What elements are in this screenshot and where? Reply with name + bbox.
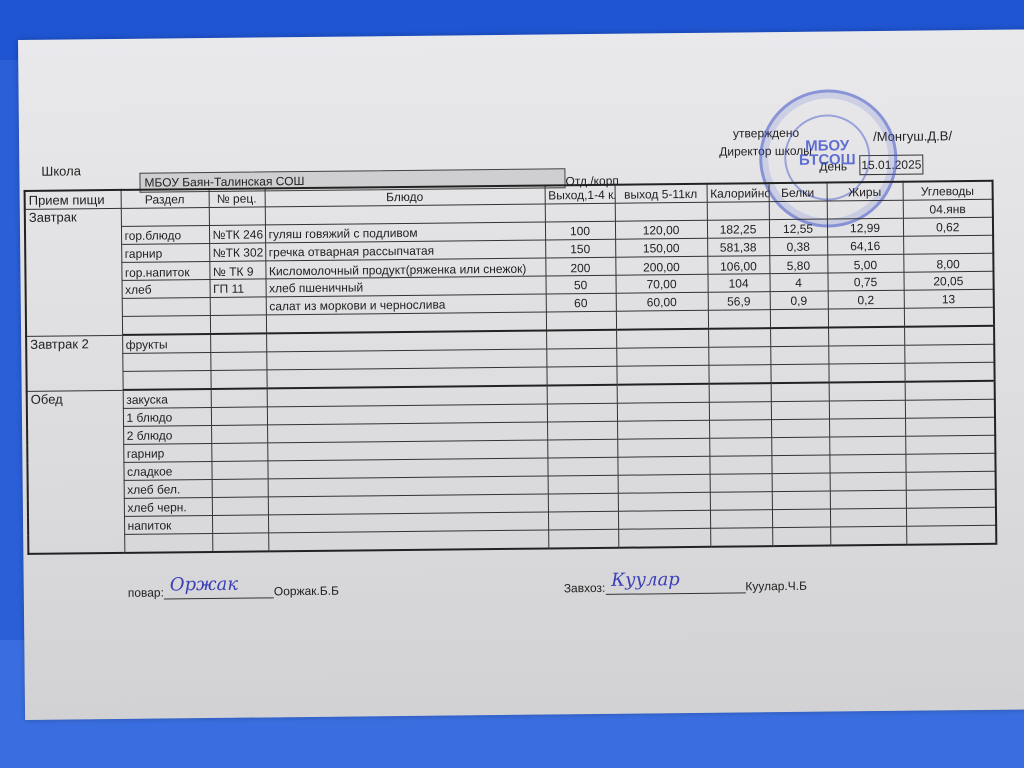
- cell-kcal: [708, 310, 770, 329]
- cell-out14: [546, 348, 616, 367]
- cell-kcal: [710, 492, 772, 511]
- cell-carbs: [906, 489, 996, 508]
- cell-protein: [769, 201, 827, 220]
- cell-out14: [546, 366, 616, 385]
- cell-out511: [616, 365, 708, 384]
- cell-section: сладкое: [123, 461, 211, 480]
- cell-kcal: [707, 202, 769, 221]
- cell-protein: [771, 437, 829, 456]
- cell-protein: [770, 346, 828, 365]
- cell-out511: 70,00: [615, 274, 707, 293]
- cell-out511: [617, 384, 709, 403]
- cell-carbs: 04.янв: [903, 199, 993, 218]
- column-header: Раздел: [121, 189, 209, 208]
- cell-carbs: [906, 471, 996, 490]
- meal-name: Завтрак 2: [26, 335, 123, 391]
- cell-protein: [771, 455, 829, 474]
- cell-recipe: ГП 11: [210, 279, 266, 298]
- cell-protein: [771, 419, 829, 438]
- cell-carbs: [904, 326, 994, 345]
- column-header: выход 5-11кл: [615, 184, 707, 203]
- cell-out14: [546, 311, 616, 330]
- cell-recipe: № ТК 9: [209, 261, 265, 280]
- cell-kcal: [709, 402, 771, 421]
- cell-section: хлеб бел.: [124, 479, 212, 498]
- cell-recipe: №ТК 246: [209, 225, 265, 244]
- column-header: Углеводы: [903, 181, 993, 200]
- cell-section: хлеб черн.: [124, 497, 212, 516]
- cell-out511: [616, 329, 708, 348]
- cell-protein: [772, 527, 830, 546]
- cell-kcal: [708, 347, 770, 366]
- cook-signature-block: повар:ОржакОоржак.Б.Б: [128, 583, 339, 600]
- cell-dish: Кисломолочный продукт(ряженка или снежок…: [265, 258, 545, 279]
- cook-label: повар:: [128, 586, 164, 600]
- cell-out511: [617, 456, 709, 475]
- storekeeper-signature-line: Куулар: [605, 578, 745, 594]
- cell-fat: [829, 454, 905, 473]
- cell-carbs: [904, 362, 994, 381]
- cell-carbs: [904, 344, 994, 363]
- cell-kcal: [709, 456, 771, 475]
- cell-out14: [547, 421, 617, 440]
- cell-carbs: [904, 307, 994, 326]
- cell-fat: [830, 472, 906, 491]
- cell-kcal: [708, 365, 770, 384]
- cell-recipe: [209, 207, 265, 226]
- cell-section: 2 блюдо: [123, 425, 211, 444]
- cell-out14: [545, 203, 615, 222]
- cell-section: [122, 316, 210, 335]
- cell-recipe: №ТК 302: [209, 243, 265, 262]
- cell-carbs: 8,00: [903, 253, 993, 272]
- storekeeper-name: Куулар.Ч.Б: [745, 579, 807, 594]
- cell-kcal: [710, 528, 772, 547]
- cell-dish: [268, 530, 548, 551]
- cell-recipe: [211, 443, 267, 462]
- cell-out511: [615, 202, 707, 221]
- cell-carbs: 20,05: [903, 271, 993, 290]
- cell-out14: [547, 385, 617, 404]
- cell-protein: 0,9: [770, 291, 828, 310]
- cell-out14: [547, 457, 617, 476]
- cell-out511: [617, 402, 709, 421]
- cell-recipe: [211, 425, 267, 444]
- stamp-text: МБОУ БТСОШ: [787, 139, 867, 168]
- cell-protein: 0,38: [769, 237, 827, 256]
- cell-out14: [548, 475, 618, 494]
- cell-carbs: [906, 525, 996, 544]
- storekeeper-label: Завхоз:: [564, 581, 606, 595]
- cell-kcal: [710, 474, 772, 493]
- cook-signature: Оржак: [170, 574, 238, 596]
- cell-protein: 4: [769, 273, 827, 292]
- cell-carbs: [906, 507, 996, 526]
- cell-section: хлеб: [122, 280, 210, 299]
- column-header: Выход,1-4 кл: [545, 185, 615, 204]
- cell-out14: [547, 403, 617, 422]
- cell-recipe: [210, 333, 266, 352]
- cell-kcal: 182,25: [707, 220, 769, 239]
- cell-fat: [829, 436, 905, 455]
- cell-carbs: [905, 453, 995, 472]
- cell-carbs: 0,62: [903, 217, 993, 236]
- cell-section: гарнир: [123, 443, 211, 462]
- cook-signature-line: Оржак: [164, 583, 274, 599]
- column-header: Жиры: [827, 182, 903, 201]
- cell-kcal: [708, 328, 770, 347]
- menu-table-body: Завтрак04.янвгор.блюдо№ТК 246гуляш говяж…: [25, 199, 997, 554]
- cell-carbs: [905, 399, 995, 418]
- cell-section: [124, 533, 212, 552]
- storekeeper-signature: Куулар: [611, 569, 680, 591]
- cell-recipe: [212, 479, 268, 498]
- cell-protein: [770, 309, 828, 328]
- cell-fat: [828, 345, 904, 364]
- meal-name: Обед: [27, 390, 125, 554]
- cell-section: гор.напиток: [121, 262, 209, 281]
- cell-out511: 120,00: [615, 220, 707, 239]
- cell-fat: 0,2: [828, 290, 904, 309]
- cell-out511: [617, 438, 709, 457]
- cell-carbs: [905, 435, 995, 454]
- cell-fat: 64,16: [827, 236, 903, 255]
- cell-section: [122, 298, 210, 317]
- cell-section: напиток: [124, 515, 212, 534]
- cell-kcal: 56,9: [708, 292, 770, 311]
- cell-protein: [772, 473, 830, 492]
- cell-recipe: [210, 297, 266, 316]
- cell-protein: [772, 509, 830, 528]
- column-header: Прием пищи: [25, 190, 121, 210]
- cell-kcal: [710, 510, 772, 529]
- cell-out511: [616, 310, 708, 329]
- cell-section: [122, 353, 210, 372]
- cell-carbs: [903, 235, 993, 254]
- cell-fat: [828, 327, 904, 346]
- cell-kcal: [709, 383, 771, 402]
- cell-protein: 12,55: [769, 219, 827, 238]
- cell-out511: [618, 474, 710, 493]
- cell-out14: 200: [545, 257, 615, 276]
- cell-fat: [830, 526, 906, 545]
- cell-recipe: [211, 407, 267, 426]
- cell-out511: [617, 420, 709, 439]
- cell-kcal: 104: [707, 274, 769, 293]
- cell-out14: 50: [546, 275, 616, 294]
- cell-carbs: [905, 381, 995, 400]
- storekeeper-signature-block: Завхоз:КууларКуулар.Ч.Б: [564, 578, 807, 596]
- cell-fat: 12,99: [827, 218, 903, 237]
- cell-out14: 150: [545, 239, 615, 258]
- cell-kcal: [709, 438, 771, 457]
- cell-fat: [829, 418, 905, 437]
- cell-section: [122, 371, 210, 390]
- cell-fat: [828, 363, 904, 382]
- cell-out14: [547, 439, 617, 458]
- cell-recipe: [212, 533, 268, 552]
- cell-out511: 200,00: [615, 256, 707, 275]
- cell-section: закуска: [123, 389, 211, 408]
- cell-section: гарнир: [121, 244, 209, 263]
- cell-section: 1 блюдо: [123, 408, 211, 427]
- cell-recipe: [212, 515, 268, 534]
- cell-out511: 60,00: [616, 292, 708, 311]
- cell-fat: [830, 508, 906, 527]
- cook-name: Ооржак.Б.Б: [274, 584, 339, 599]
- cell-protein: [771, 383, 829, 402]
- cell-fat: [829, 382, 905, 401]
- cell-kcal: 581,38: [707, 238, 769, 257]
- column-header: Белки: [769, 183, 827, 202]
- cell-protein: [770, 328, 828, 347]
- column-header: Калорийность: [707, 183, 769, 202]
- cell-fat: [829, 400, 905, 419]
- school-label: Школа: [41, 163, 81, 178]
- cell-out511: [618, 492, 710, 511]
- column-header: № рец.: [209, 188, 265, 207]
- cell-recipe: [210, 315, 266, 334]
- cell-fat: [828, 308, 904, 327]
- cell-out511: [616, 347, 708, 366]
- cell-out14: 60: [546, 293, 616, 312]
- menu-table: Прием пищи Раздел № рец. Блюдо Выход,1-4…: [24, 180, 998, 555]
- cell-recipe: [211, 388, 267, 407]
- cell-carbs: [905, 417, 995, 436]
- cell-protein: 5,80: [769, 255, 827, 274]
- cell-fat: 0,75: [827, 272, 903, 291]
- cell-protein: [772, 491, 830, 510]
- cell-fat: [830, 490, 906, 509]
- cell-kcal: [709, 420, 771, 439]
- cell-out14: [548, 529, 618, 548]
- cell-out14: 100: [545, 221, 615, 240]
- cell-section: [121, 208, 209, 227]
- cell-fat: 5,00: [827, 254, 903, 273]
- cell-out511: [618, 510, 710, 529]
- cell-kcal: 106,00: [707, 256, 769, 275]
- cell-out14: [546, 330, 616, 349]
- cell-recipe: [211, 461, 267, 480]
- cell-recipe: [210, 370, 266, 389]
- cell-recipe: [212, 497, 268, 516]
- cell-protein: [770, 364, 828, 383]
- cell-out14: [548, 493, 618, 512]
- cell-protein: [771, 401, 829, 420]
- cell-section: гор.блюдо: [121, 226, 209, 245]
- cell-carbs: 13: [904, 289, 994, 308]
- cell-fat: [827, 200, 903, 219]
- cell-section: фрукты: [122, 334, 210, 353]
- cell-out14: [548, 511, 618, 530]
- cell-out511: [618, 528, 710, 547]
- cell-recipe: [210, 352, 266, 371]
- meal-name: Завтрак: [25, 208, 122, 335]
- menu-document: Школа МБОУ Баян-Талинская СОШ Отд./корп …: [18, 29, 1024, 719]
- cell-out511: 150,00: [615, 238, 707, 257]
